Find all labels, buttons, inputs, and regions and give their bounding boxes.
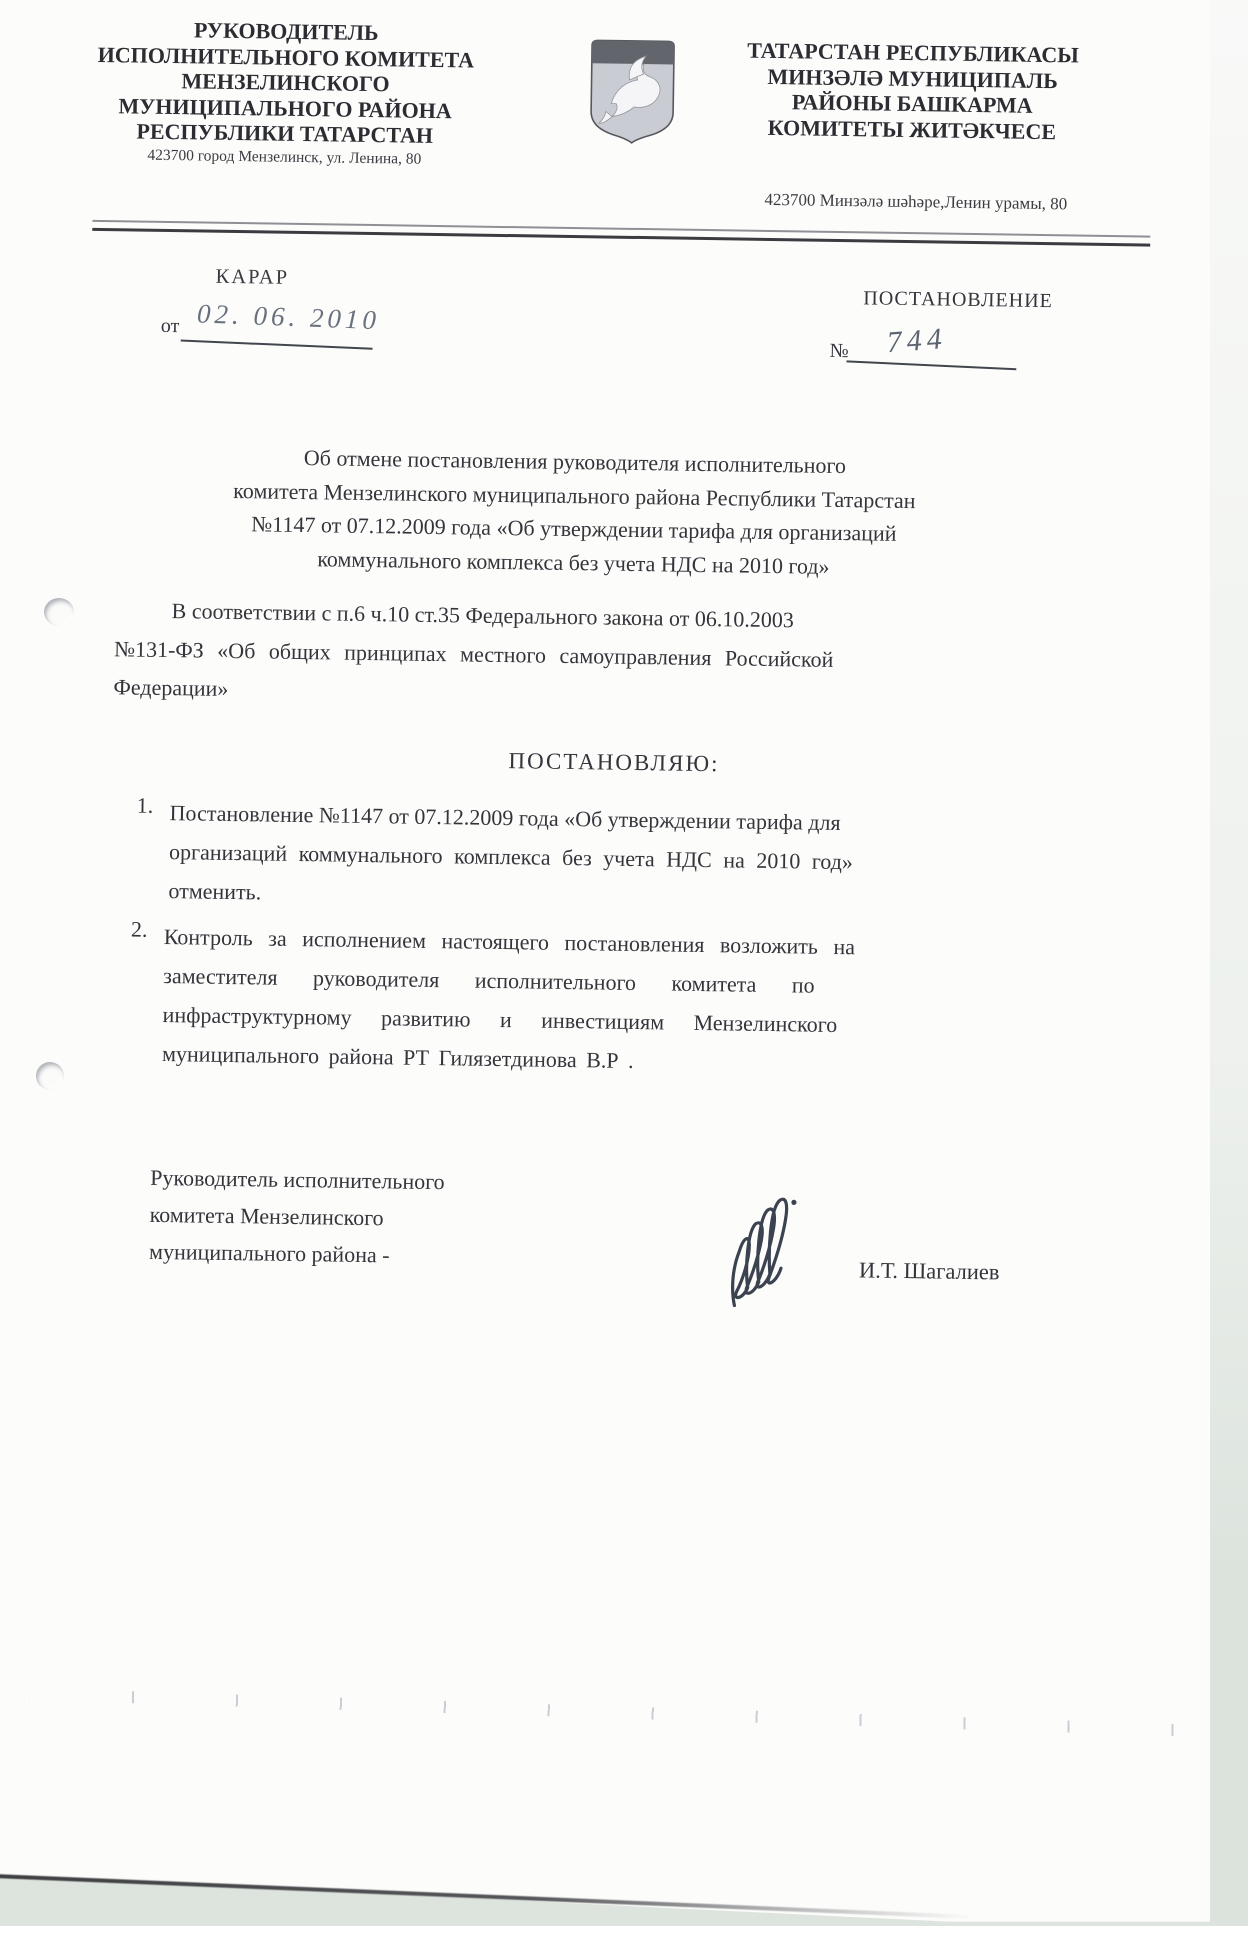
resolve-heading: ПОСТАНОВЛЯЮ: <box>508 748 719 777</box>
list-item: Постановление №1147 от 07.12.2009 года «… <box>168 793 934 921</box>
list-item-number: 2. <box>131 917 148 943</box>
doc-type-label-tatar: КАРАР <box>215 266 289 290</box>
letterhead-right-address: 423700 Минзәлә шәһәре,Ленин урамы, 80 <box>701 189 1131 215</box>
signature-stroke <box>720 1167 872 1319</box>
signatory-name: И.Т. Шагалиев <box>859 1257 1000 1285</box>
date-prefix-label: от <box>161 315 180 338</box>
letterhead-right-org: ТАТАРСТАН РЕСПУБЛИКАСЫ МИНЗӘЛӘ МУНИЦИПАЛ… <box>702 37 1123 145</box>
letterhead-divider-rule <box>92 220 1150 247</box>
letterhead-left-org: РУКОВОДИТЕЛЬ ИСПОЛНИТЕЛЬНОГО КОМИТЕТА МЕ… <box>50 15 522 149</box>
letterhead-left-address: 423700 город Мензелинск, ул. Ленина, 80 <box>49 145 519 170</box>
intro-paragraph: В соответствии с п.6 ч.10 ст.35 Федераль… <box>113 591 939 719</box>
doc-type-label-russian: ПОСТАНОВЛЕНИЕ <box>863 287 1053 313</box>
list-item: Контроль за исполнением настоящего поста… <box>162 917 932 1084</box>
handwritten-date: 02. 06. 2010 <box>197 298 381 336</box>
date-underline <box>181 340 373 350</box>
document-content: РУКОВОДИТЕЛЬ ИСПОЛНИТЕЛЬНОГО КОМИТЕТА МЕ… <box>0 0 1248 1917</box>
number-underline <box>846 360 1016 370</box>
scanned-document-page: РУКОВОДИТЕЛЬ ИСПОЛНИТЕЛЬНОГО КОМИТЕТА МЕ… <box>0 0 1248 1952</box>
signature-dot <box>791 1200 796 1205</box>
coat-of-arms-emblem <box>585 37 681 146</box>
hole-punch-top <box>44 598 74 626</box>
document-title: Об отмене постановления руководителя исп… <box>153 439 995 585</box>
shield-chief-band <box>592 40 674 64</box>
handwritten-number: 744 <box>886 322 948 360</box>
list-item-number: 1. <box>137 793 154 819</box>
signatory-position: Руководитель исполнительного комитета Ме… <box>149 1159 571 1276</box>
hole-punch-bottom <box>36 1062 64 1090</box>
